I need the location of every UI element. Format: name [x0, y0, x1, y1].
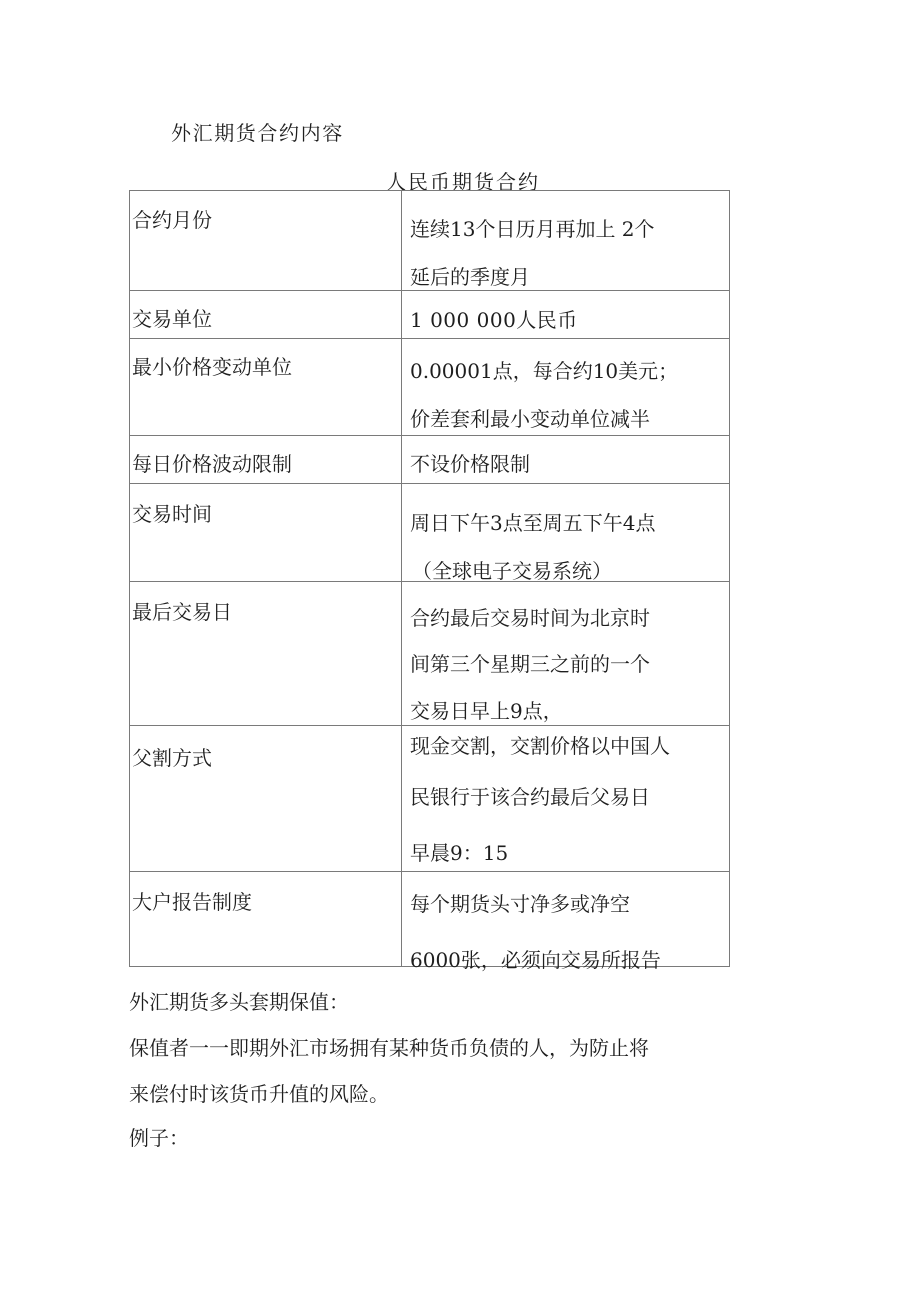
table-cell-value: 连续13个日历月再加上 2个 延后的季度月	[130, 191, 729, 290]
row-value-line: 延后的季度月	[410, 261, 530, 290]
table-row: 最后交易日 合约最后交易时间为北京时 间第三个星期三之前的一个 交易日早上9点，	[130, 581, 729, 725]
table-row: 合约月份 连续13个日历月再加上 2个 延后的季度月	[130, 191, 729, 290]
row-value-line: 合约最后交易时间为北京时	[410, 602, 650, 631]
row-value-line: 不设价格限制	[410, 448, 530, 477]
table-cell-value: 现金交割，交割价格以中国人 民银行于该合约最后父易日 早晨9：15	[130, 726, 729, 871]
row-value-line: 连续13个日历月再加上 2个	[410, 213, 655, 242]
table-row: 大户报告制度 每个期货头寸净多或净空 6000张，必须向交易所报告	[130, 871, 729, 966]
body-paragraph: 来偿付时该货币升值的风险。	[129, 1078, 389, 1107]
table-cell-value: 1 000 000人民币	[130, 291, 729, 338]
table-row: 交易单位 1 000 000人民币	[130, 290, 729, 338]
table-cell-value: 不设价格限制	[130, 436, 729, 483]
row-value-line: 交易日早上9点，	[410, 695, 563, 724]
row-value-line: 0.00001点，每合约10美元；	[410, 355, 678, 384]
contract-spec-table: 合约月份 连续13个日历月再加上 2个 延后的季度月 交易单位 1 000 00…	[129, 190, 730, 967]
table-row: 最小价格变动单位 0.00001点，每合约10美元； 价差套利最小变动单位减半	[130, 338, 729, 435]
body-paragraph: 保值者一一即期外汇市场拥有某种货币负债的人，为防止将	[129, 1032, 649, 1061]
table-row: 父割方式 现金交割，交割价格以中国人 民银行于该合约最后父易日 早晨9：15	[130, 725, 729, 871]
table-cell-value: 每个期货头寸净多或净空 6000张，必须向交易所报告	[130, 872, 729, 966]
row-value-line: 1 000 000人民币	[410, 304, 578, 333]
row-value-line: 早晨9：15	[410, 837, 508, 866]
row-value-line: 间第三个星期三之前的一个	[410, 648, 650, 677]
section-heading: 外汇期货合约内容	[171, 117, 344, 146]
row-value-line: （全球电子交易系统）	[412, 555, 612, 584]
row-value-line: 周日下午3点至周五下午4点	[410, 507, 655, 536]
row-value-line: 价差套利最小变动单位减半	[410, 403, 650, 432]
table-cell-value: 0.00001点，每合约10美元； 价差套利最小变动单位减半	[130, 339, 729, 435]
table-cell-value: 合约最后交易时间为北京时 间第三个星期三之前的一个 交易日早上9点，	[130, 582, 729, 725]
table-row: 每日价格波动限制 不设价格限制	[130, 435, 729, 483]
row-value-line: 民银行于该合约最后父易日	[410, 781, 650, 810]
row-value-line: 每个期货头寸净多或净空	[410, 888, 630, 917]
hedging-heading: 外汇期货多头套期保值：	[129, 986, 349, 1015]
row-value-line: 6000张，必须向交易所报告	[410, 944, 661, 973]
table-cell-value: 周日下午3点至周五下午4点 （全球电子交易系统）	[130, 484, 729, 581]
example-label: 例子：	[129, 1122, 189, 1151]
table-row: 交易时间 周日下午3点至周五下午4点 （全球电子交易系统）	[130, 483, 729, 581]
row-value-line: 现金交割，交割价格以中国人	[410, 730, 670, 759]
